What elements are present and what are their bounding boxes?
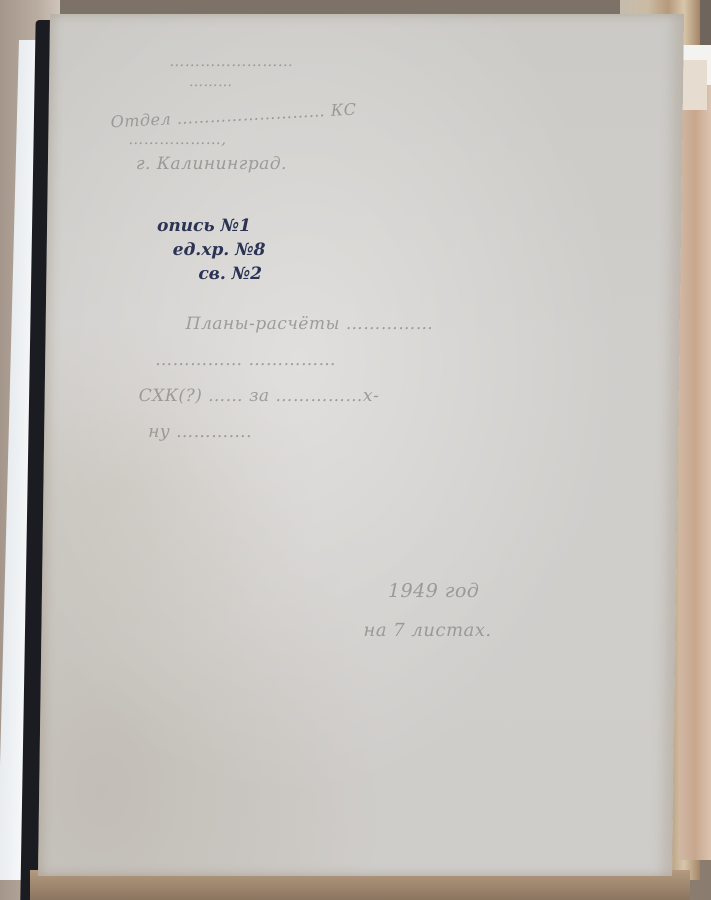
header-line-2: ………: [189, 74, 233, 90]
title-line-2: …………… ……………: [155, 350, 336, 370]
sheet-count: на 7 листах.: [363, 620, 492, 641]
archive-storage-unit: ед.хр. №8: [173, 240, 266, 260]
title-line-1: Планы-расчёты ……………: [186, 314, 434, 334]
header-line-5: г. Калининград.: [136, 154, 287, 174]
kraft-paper-sheet: [679, 60, 711, 860]
header-line-1: ……………………: [169, 52, 293, 70]
title-line-4: ну ………….: [148, 422, 252, 442]
title-line-3: СХК(?) …… за ……………х-: [139, 386, 380, 406]
header-line-4: ………………,: [128, 130, 227, 148]
header-line-3: Отдел ……………………… КС: [110, 100, 356, 132]
archive-bundle-number: св. №2: [198, 264, 262, 284]
archive-inventory-number: опись №1: [157, 216, 251, 236]
document-cover: …………………… ……… Отдел ……………………… КС ………………, …: [38, 14, 684, 876]
document-year: 1949 год: [388, 580, 480, 602]
